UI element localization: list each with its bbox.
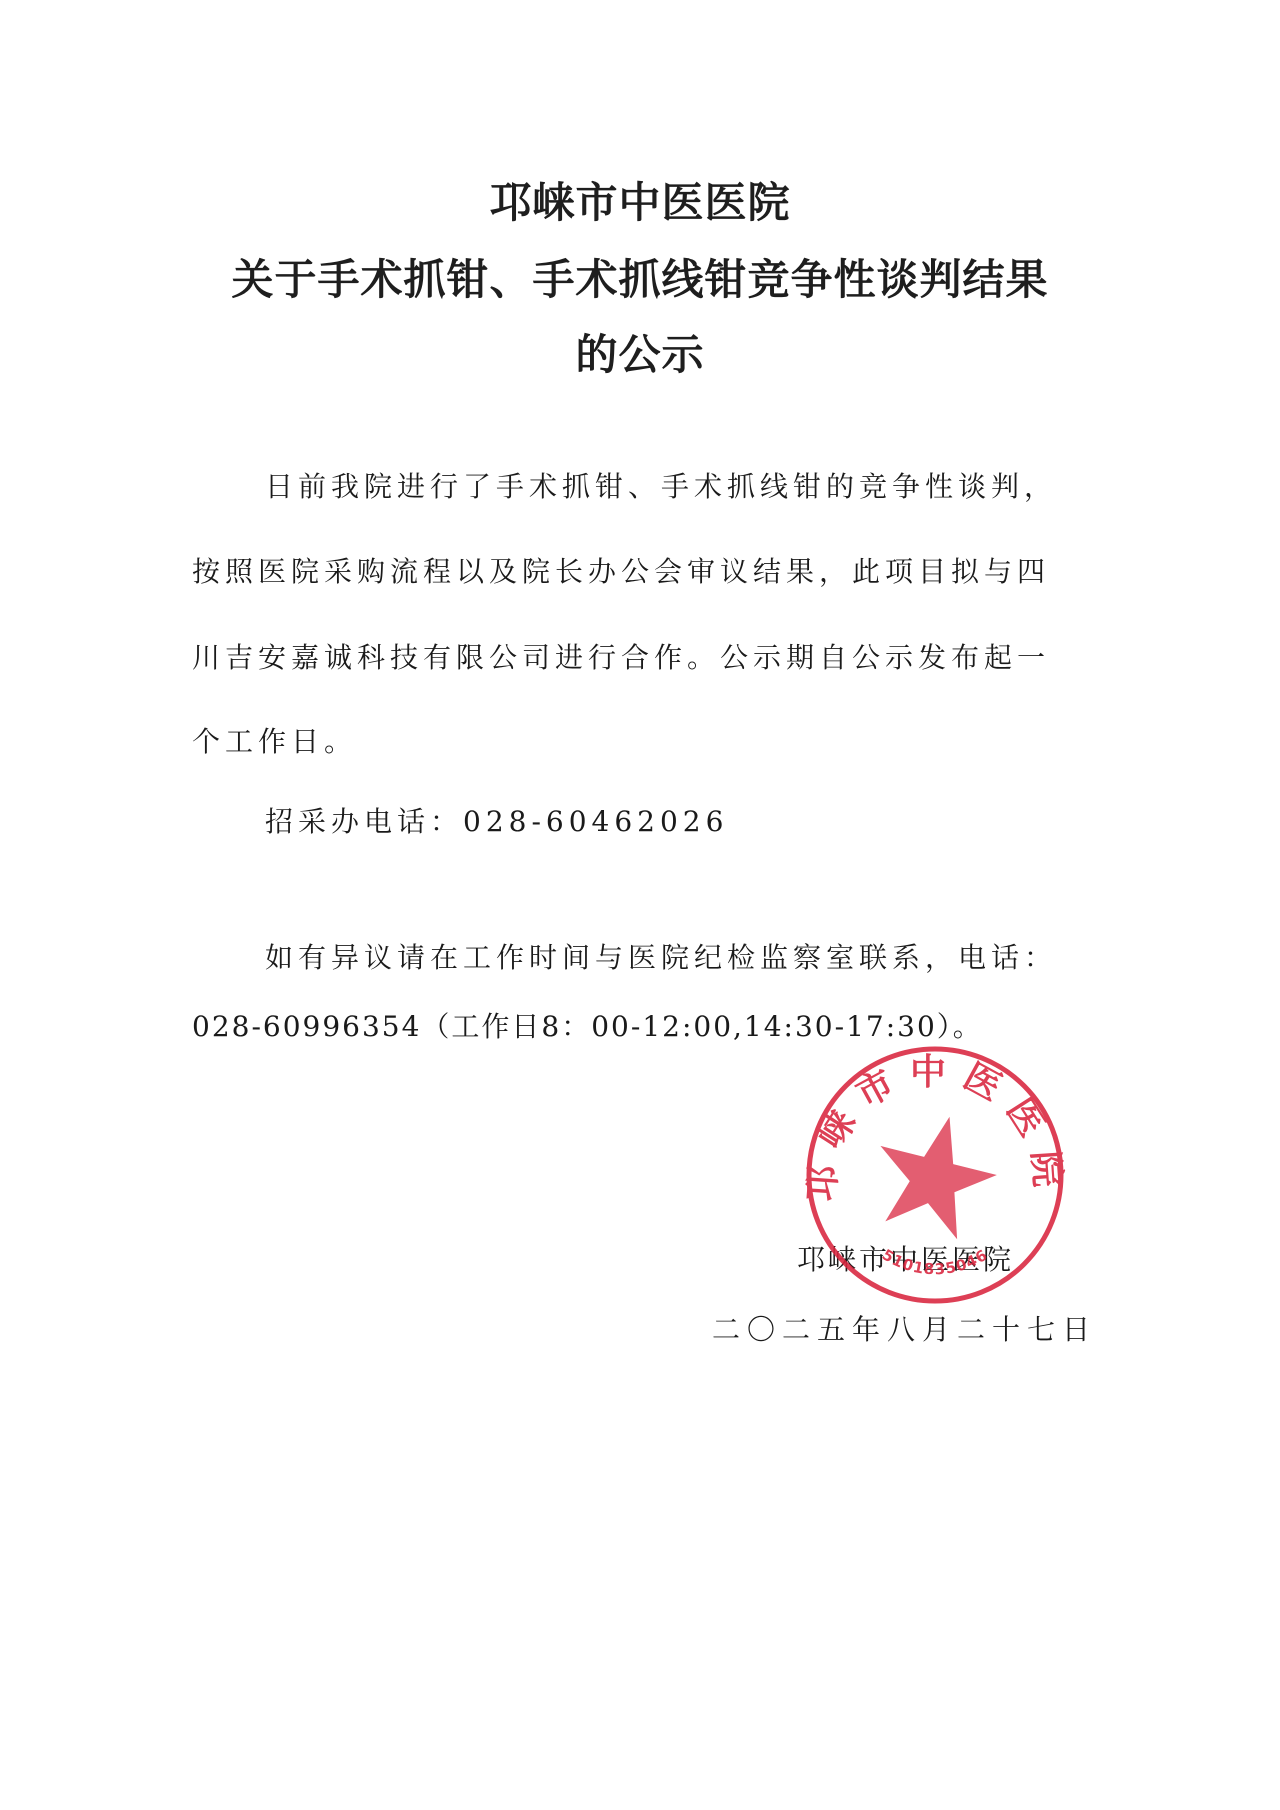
document-title-line-3: 的公示 [0, 322, 1280, 382]
document-title-line-1: 邛崃市中医医院 [0, 170, 1280, 230]
document-title-line-2: 关于手术抓钳、手术抓线钳竞争性谈判结果 [0, 247, 1280, 307]
objection-contact-line: 028-60996354（工作日8：00-12:00,14:30-17:30）。 [192, 1005, 983, 1045]
document-page: 邛崃市中医医院 关于手术抓钳、手术抓线钳竞争性谈判结果 的公示 日前我院进行了手… [0, 0, 1280, 1810]
procurement-phone: 招采办电话：028-60462026 [265, 800, 728, 840]
paragraph-line: 个工作日。 [192, 720, 357, 760]
signature-date: 二〇二五年八月二十七日 [712, 1308, 1097, 1348]
signature-organization: 邛崃市中医医院 [797, 1238, 1014, 1278]
objection-contact-line: 如有异议请在工作时间与医院纪检监察室联系，电话： [265, 936, 1057, 976]
paragraph-line: 日前我院进行了手术抓钳、手术抓线钳的竞争性谈判， [265, 465, 1057, 505]
paragraph-line: 川吉安嘉诚科技有限公司进行合作。公示期自公示发布起一 [192, 636, 1050, 676]
paragraph-line: 按照医院采购流程以及院长办公会审议结果，此项目拟与四 [192, 550, 1050, 590]
svg-text:邛崃市中医医院: 邛崃市中医医院 [802, 1052, 1069, 1203]
